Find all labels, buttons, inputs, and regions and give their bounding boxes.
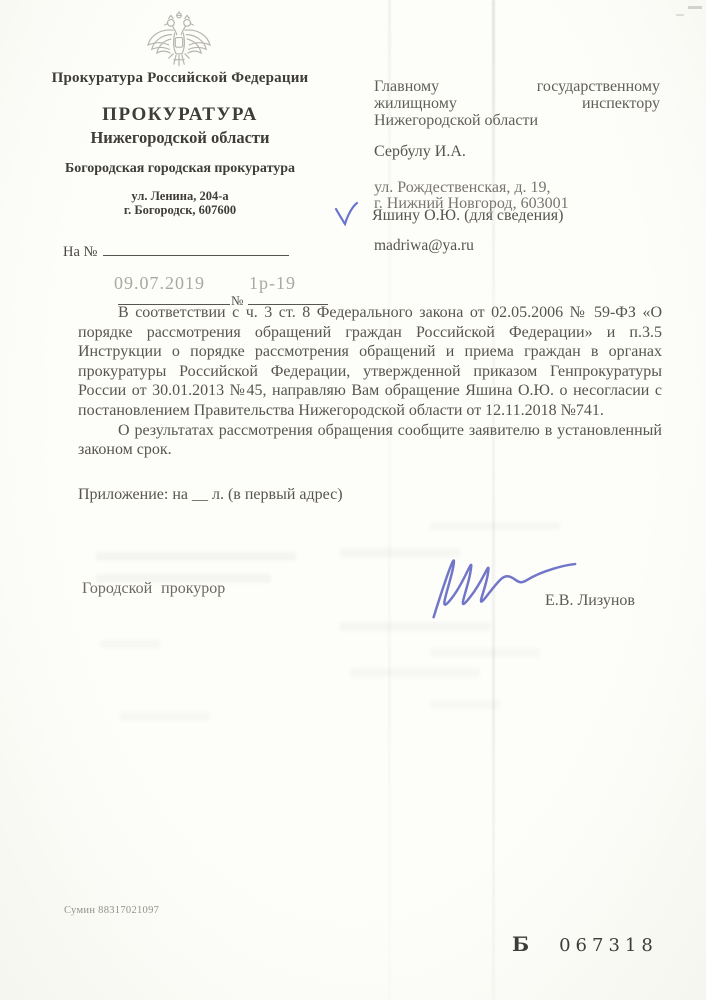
addressee-name: Сербулу И.А.	[374, 143, 660, 161]
org-street: ул. Ленина, 204-а	[30, 189, 330, 203]
document-page: Прокуратура Российской Федерации ПРОКУРА…	[0, 0, 706, 1000]
stamp-date: 09.07.2019	[114, 273, 205, 293]
ref-label: На №	[63, 244, 97, 260]
org-region: Нижегородской области	[30, 128, 330, 148]
addressee-title-line: Главному государственному	[374, 78, 660, 95]
org-name: ПРОКУРАТУРА	[30, 104, 330, 126]
coat-of-arms-icon	[142, 11, 216, 78]
form-serial: Б 067318	[512, 932, 658, 956]
body-paragraph-2: О результатах рассмотрения обращения соо…	[78, 421, 662, 460]
checkmark-icon	[333, 200, 359, 235]
executor-note: Сумин 88317021097	[64, 905, 159, 916]
email-address: madriwa@ya.ru	[374, 237, 474, 255]
body-paragraph-1: В соответствии с ч. 3 ст. 8 Федерального…	[78, 303, 662, 421]
addressee-title-line: жилищному инспектору	[374, 95, 660, 112]
letter-body: В соответствии с ч. 3 ст. 8 Федерального…	[78, 303, 662, 504]
signer-title: Городской прокурор	[82, 580, 225, 598]
addressee-title-line: Нижегородской области	[374, 112, 538, 129]
stamp-number: 1р-19	[249, 273, 296, 293]
org-federation: Прокуратура Российской Федерации	[30, 70, 330, 87]
fyi-recipient: Яшину О.Ю. (для сведения)	[372, 207, 563, 225]
attachment-note: Приложение: на __ л. (в первый адрес)	[78, 485, 662, 505]
serial-letter: Б	[512, 932, 529, 956]
signature-icon	[426, 540, 578, 633]
addressee-street: ул. Рождественская, д. 19,	[374, 180, 660, 196]
serial-number: 067318	[559, 935, 658, 956]
signer-name: Е.В. Лизунов	[545, 592, 635, 610]
letterhead: Прокуратура Российской Федерации ПРОКУРА…	[30, 70, 330, 217]
reference-line: На №	[63, 241, 289, 261]
org-city: Богородская городская прокуратура	[30, 161, 330, 177]
addressee-block: Главному государственному жилищному инсп…	[374, 78, 660, 212]
date-stamp: 09.07.20191р-19	[114, 273, 296, 294]
org-town: г. Богородск, 607600	[30, 203, 330, 217]
